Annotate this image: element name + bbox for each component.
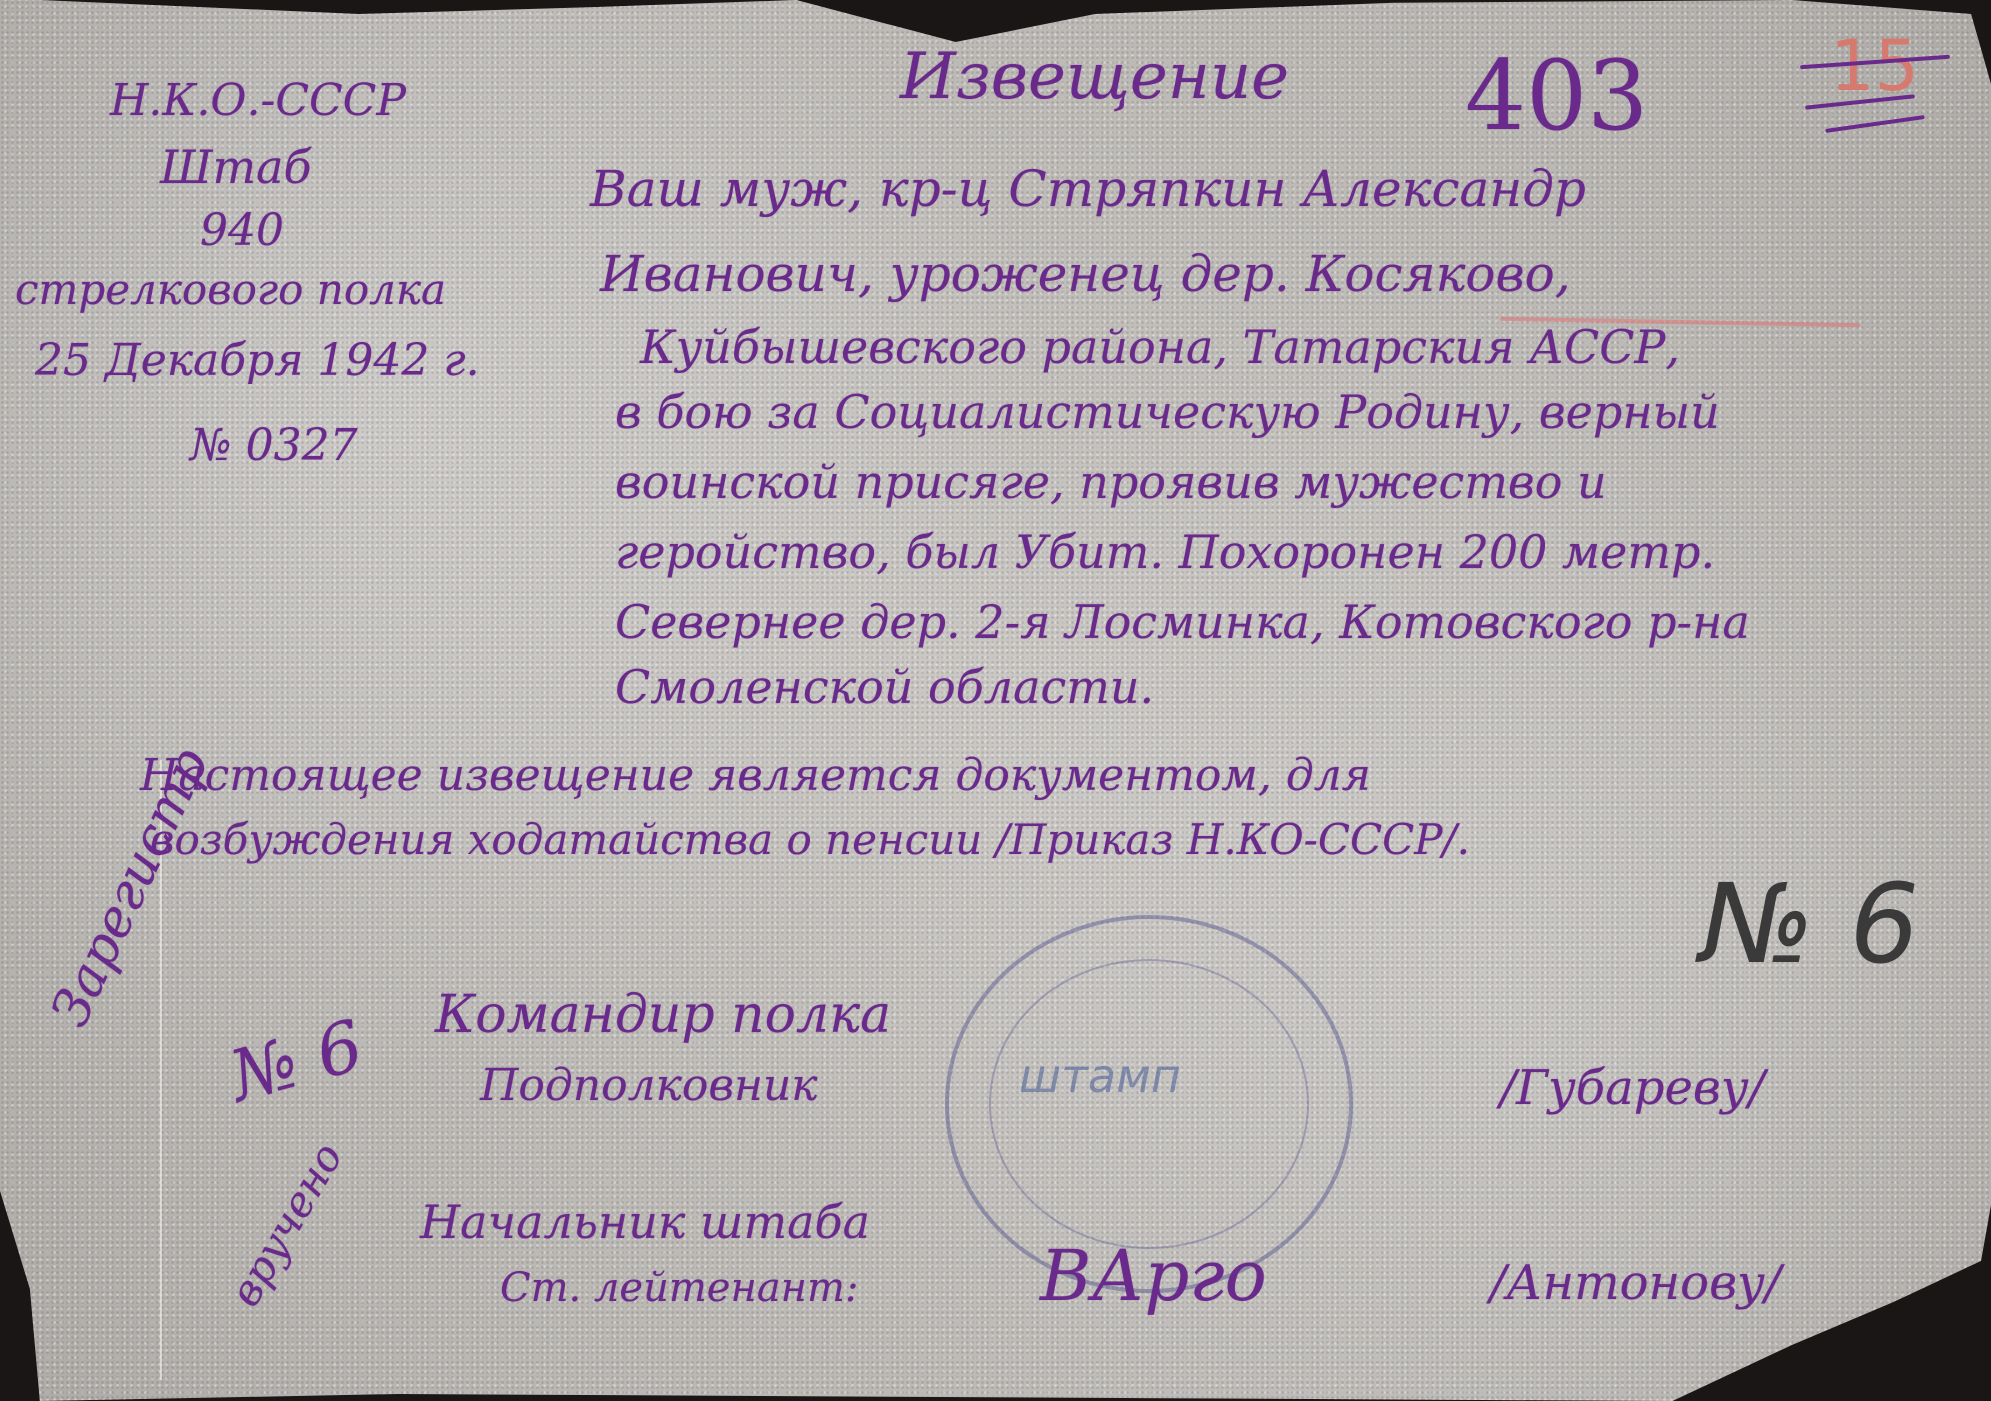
stamp-scrawl: штамп	[1019, 1049, 1181, 1103]
commander-title: Командир полка	[435, 985, 891, 1045]
notice-line: возбуждения ходатайства о пенсии /Приказ…	[150, 815, 1470, 864]
chief-of-staff-title: Начальник штаба	[420, 1195, 870, 1249]
body-line: Севернее дер. 2-я Лосминка, Котовского р…	[615, 595, 1750, 649]
header-date: 25 Декабря 1942 г.	[35, 335, 480, 386]
header-shtab: Штаб	[160, 140, 312, 194]
body-line: геройство, был Убит. Похоронен 200 метр.	[615, 525, 1715, 579]
document-paper: Извещение 403 15 Н.К.О.-СССР Штаб 940 ст…	[0, 0, 1991, 1401]
body-line: воинской присяге, проявив мужество и	[615, 455, 1607, 509]
body-line: Иванович, уроженец дер. Косяково,	[600, 245, 1571, 303]
chief-of-staff-signature: ВАрго	[1040, 1235, 1267, 1317]
registry-number: 403	[1465, 40, 1648, 152]
chief-of-staff-name: /Антонову/	[1490, 1255, 1781, 1311]
stamp-inner-ring	[989, 959, 1309, 1249]
header-regiment: стрелкового полка	[15, 265, 446, 314]
notice-line: Настоящее извещение является документом,…	[140, 750, 1371, 801]
commander-rank: Подполковник	[480, 1060, 818, 1111]
pencil-number-mark: № 6	[1700, 860, 1919, 988]
body-line: Ваш муж, кр-ц Стряпкин Александр	[590, 160, 1586, 218]
body-line: в бою за Социалистическую Родину, верный	[615, 385, 1720, 439]
document-title: Извещение	[900, 40, 1289, 114]
header-doc-number: № 0327	[190, 420, 358, 471]
header-nko: Н.К.О.-СССР	[110, 75, 406, 126]
body-line: Куйбышевского района, Татарския АССР,	[640, 320, 1680, 374]
chief-of-staff-rank: Ст. лейтенант:	[500, 1265, 858, 1311]
header-regiment-number: 940	[200, 205, 284, 256]
commander-name: /Губареву/	[1500, 1060, 1765, 1116]
body-line: Смоленской области.	[615, 660, 1154, 714]
